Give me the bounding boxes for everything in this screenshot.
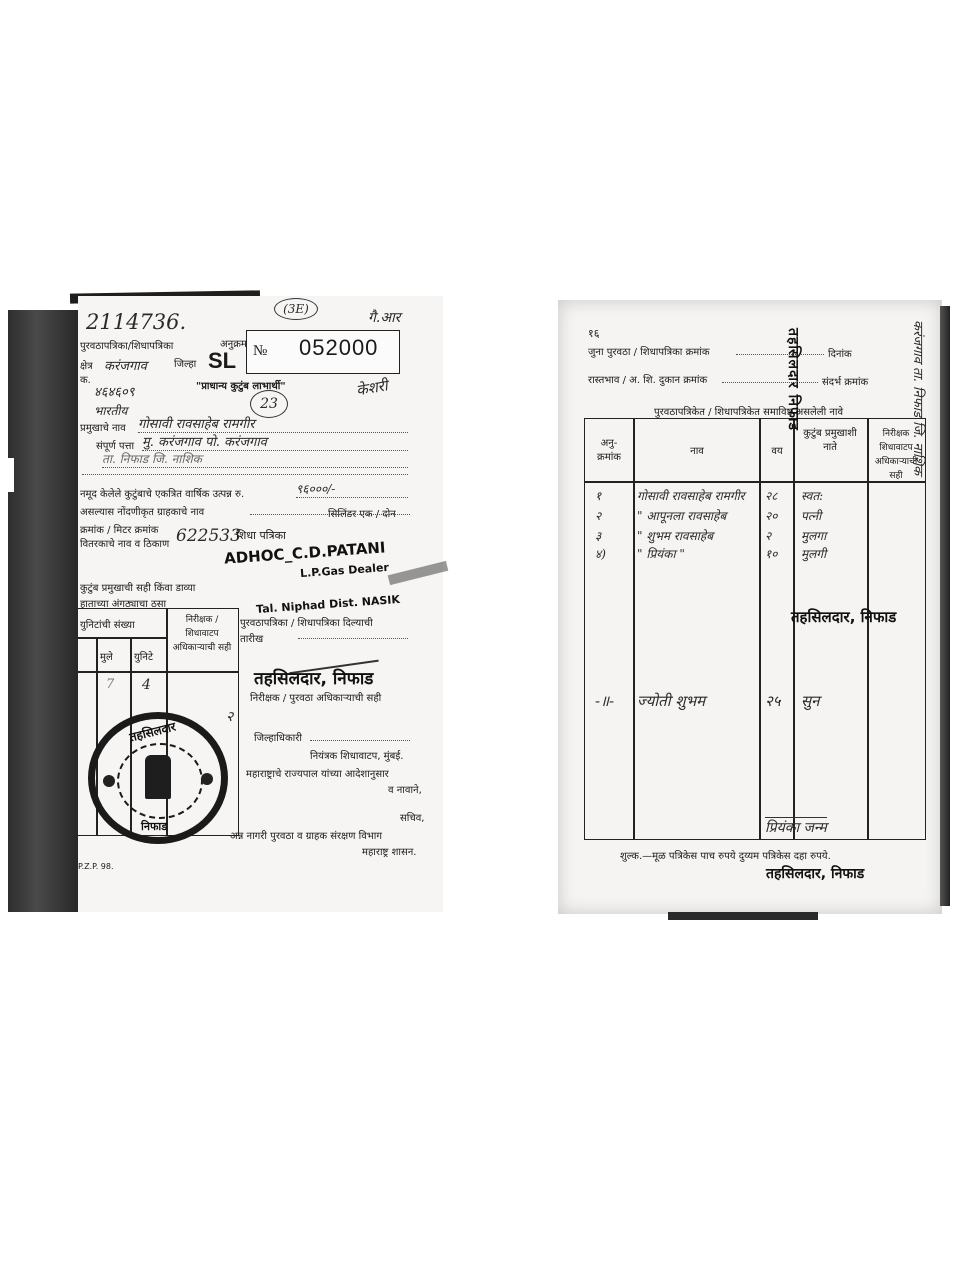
circled-number-text: 23	[260, 396, 278, 412]
gas-dealer-stamp-line2: L.P.Gas Dealer	[300, 561, 390, 580]
dealer-note: शिधा पत्रिका	[236, 528, 286, 543]
units-header: युनिटांची संख्या	[80, 617, 135, 631]
dealer-label: वितरकाचे नाव व ठिकाण	[80, 536, 169, 550]
area-value: करंजगाव	[104, 356, 147, 374]
cylinder-label: सिलिंडर एक / दोन	[328, 506, 396, 520]
mid-tahsildar-stamp: तहसिलदार, निफाड	[791, 607, 896, 627]
seal-dot-left	[103, 775, 115, 787]
officer-signature-label: निरीक्षक / पुरवठा अधिकाऱ्याची सही	[250, 690, 381, 704]
right-page-number: १६	[588, 326, 599, 341]
tahsildar-round-seal: तहसिलदार निफाड	[88, 712, 228, 844]
meter-label: क्रमांक / मिटर क्रमांक	[80, 522, 158, 536]
controller-label: नियंत्रक शिधावाटप, मुंबई.	[310, 748, 403, 762]
gas-dealer-stamp-line3: Tal. Niphad Dist. NASIK	[256, 593, 401, 616]
col-divider-3	[793, 419, 795, 839]
seal-text-top: तहसिलदार	[128, 718, 178, 746]
circled-mark-text: (3E)	[283, 302, 309, 316]
member-serial: -॥-	[595, 691, 631, 711]
col-header-name: नाव	[635, 443, 759, 457]
member-age: २०	[765, 507, 793, 524]
department-label: अन्न नागरी पुरवठा व ग्राहक संरक्षण विभाग	[230, 828, 382, 842]
shop-line	[722, 382, 818, 383]
card-number: 052000	[299, 335, 378, 361]
income-label: नमूद केलेले कुटुंबाचे एकत्रित वार्षिक उत…	[80, 486, 244, 500]
right-page-bottom-edge	[668, 912, 818, 920]
ref-label: संदर्भ क्रमांक	[822, 374, 868, 388]
member-name: " शुभम रावसाहेब	[637, 527, 759, 544]
head-name-value: गोसावी रावसाहेब रामगीर	[138, 414, 408, 433]
inspector-header: निरीक्षक / शिधावाटप अधिकाऱ्याची सही	[170, 613, 234, 655]
collector-label: जिल्हाधिकारी	[254, 730, 302, 744]
form-code: P.Z.P. 98.	[78, 862, 114, 871]
gas-consumer-label: असल्यास नोंदणीकृत ग्राहकाचे नाव	[80, 504, 204, 518]
units-col-children: मुले	[100, 649, 113, 663]
member-age: १०	[765, 545, 793, 562]
page-tear-mark	[388, 561, 449, 585]
member-age: २८	[765, 487, 793, 504]
issue-date-line	[298, 638, 408, 639]
issue-date-label: पुरवठापत्रिका / शिधापत्रिका दिल्याची तार…	[240, 616, 390, 648]
seal-dot-right	[201, 773, 213, 785]
member-name: " आपूनला रावसाहेब	[637, 507, 759, 524]
member-name: " प्रियंका "	[637, 545, 759, 562]
member-relation: पत्नी	[801, 507, 865, 524]
side-handwriting: करंजगाव ता. निफाड जि. नाशिक	[908, 320, 926, 475]
col-header-age: वय	[761, 443, 793, 457]
card-type-label: पुरवठापत्रिका/शिधापत्रिका	[80, 338, 173, 352]
units-divider-h	[78, 637, 166, 639]
number-line-value: ४६४६०९	[94, 382, 135, 400]
handwritten-top-number: 2114736.	[86, 310, 186, 334]
vertical-tahsildar-stamp: तहसिलदार निफाड	[784, 328, 803, 431]
bottom-note: प्रियंका जन्म	[765, 817, 827, 837]
income-value: ९६०००/-	[296, 480, 408, 498]
col-header-relation: कुटुंब प्रमुखाशी नाते	[797, 427, 863, 455]
seal-emblem-icon	[145, 755, 171, 799]
member-relation: मुलगी	[801, 545, 865, 562]
seal-text-bottom: निफाड	[141, 819, 167, 834]
category-mark: केशरी	[355, 375, 390, 400]
old-card-label: जुना पुरवठा / शिधापत्रिका क्रमांक	[588, 344, 710, 358]
governor-line-2: व नावाने,	[388, 782, 422, 796]
left-page: 2114736. (3E) गै.आर पुरवठापत्रिका/शिधापत…	[78, 296, 443, 912]
circled-mark-top: (3E)	[274, 298, 318, 320]
govt-label: महाराष्ट्र शासन.	[362, 844, 416, 858]
units-units-value: 4	[142, 677, 151, 693]
member-name: ज्योती शुभम	[637, 691, 759, 711]
district-label: जिल्हा	[174, 356, 196, 370]
members-table: अनु-क्रमांक नाव वय कुटुंब प्रमुखाशी नाते…	[584, 418, 926, 840]
right-binding-edge	[940, 306, 950, 906]
units-margin-note: २	[226, 707, 233, 726]
left-edge-fragment	[0, 458, 14, 492]
number-line-label: क.	[80, 372, 91, 386]
head-name-label: प्रमुखाचे नाव	[80, 420, 126, 434]
units-children-value: 7	[106, 677, 114, 692]
member-serial: ३	[595, 527, 631, 544]
bottom-tahsildar-stamp: तहसिलदार, निफाड	[766, 864, 864, 883]
left-binding-strip	[8, 310, 80, 912]
member-age: २५	[765, 691, 793, 711]
member-relation: मुलगा	[801, 527, 865, 544]
member-serial: ४)	[595, 545, 631, 562]
member-relation: सुन	[801, 691, 865, 711]
area-label: क्षेत्र	[80, 358, 93, 372]
col-header-serial: अनु-क्रमांक	[589, 435, 629, 463]
number-prefix: №	[253, 343, 267, 360]
member-serial: १	[595, 487, 631, 504]
date-label: दिनांक	[828, 346, 852, 360]
governor-line: महाराष्ट्राचे राज्यपाल यांच्या आदेशानुसा…	[246, 766, 389, 780]
address-value-2: ता. निफाड जि. नाशिक	[102, 450, 408, 468]
old-card-line	[736, 354, 824, 355]
members-heading: पुरवठापत्रिकेत / शिधापत्रिकेत समाविष्ट अ…	[654, 404, 843, 418]
address-value: मु. करंजगाव पो. करंजगाव	[142, 432, 408, 451]
member-age: २	[765, 527, 793, 544]
dealer-value: 622533	[176, 526, 241, 546]
member-serial: २	[595, 507, 631, 524]
top-right-note: गै.आर	[368, 308, 400, 327]
col-divider-2	[759, 419, 761, 839]
fee-note: शुल्क.—मूळ पत्रिकेस पाच रुपये दुय्यम पत्…	[620, 848, 831, 862]
head-signature-label: कुटुंब प्रमुखाची सही किंवा डाव्या	[80, 580, 195, 594]
col-divider-1	[633, 419, 635, 839]
shop-label: रास्तभाव / अ. शि. दुकान क्रमांक	[588, 372, 707, 386]
units-divider-h2	[78, 671, 238, 673]
series-label: SL	[208, 348, 236, 374]
secretary-label: सचिव,	[400, 810, 424, 824]
nationality-value: भारतीय	[94, 402, 127, 419]
units-col-units: युनिटे	[134, 649, 153, 663]
collector-line	[310, 740, 410, 741]
tahsildar-stamp-left: तहसिलदार, निफाड	[254, 666, 373, 689]
card-number-box: № 052000	[246, 330, 400, 374]
address-blank-line	[82, 474, 408, 475]
right-page: १६ जुना पुरवठा / शिधापत्रिका क्रमांक दिन…	[558, 300, 942, 914]
member-name: गोसावी रावसाहेब रामगीर	[637, 487, 759, 504]
member-relation: स्वत:	[801, 487, 865, 504]
